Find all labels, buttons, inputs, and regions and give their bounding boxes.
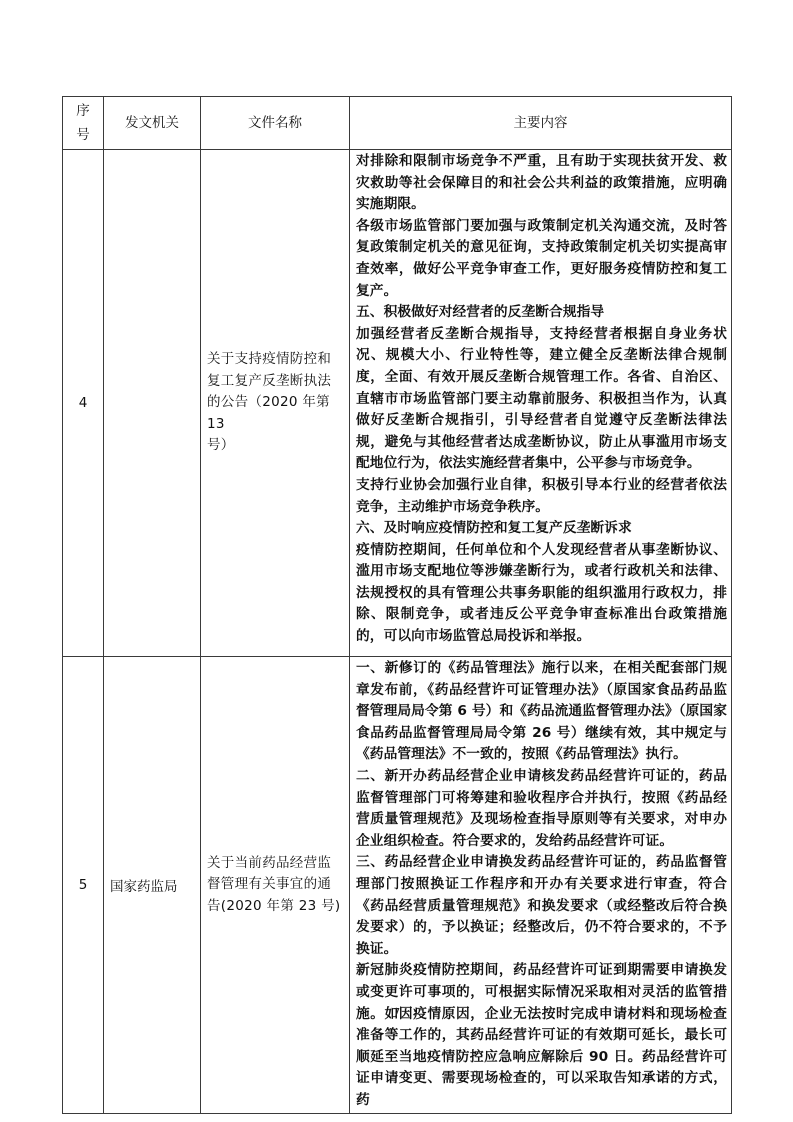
regulation-table: 序 号 发文机关 文件名称 主要内容 4 关于支持疫情防控和 复工复产反垄断执法… bbox=[62, 96, 732, 1114]
title-line: 复工复产反垄断执法 bbox=[207, 371, 345, 393]
title-line: 关于支持疫情防控和 bbox=[207, 349, 345, 371]
content-paragraph: 各级市场监管部门要加强与政策制定机关沟通交流，及时答复政策制定机关的意见征询，支… bbox=[356, 216, 727, 302]
header-document-title: 文件名称 bbox=[201, 97, 350, 150]
content-section-heading: 五、积极做好对经营者的反垄断合规指导 bbox=[356, 302, 727, 324]
content-paragraph: 支持行业协会加强行业自律，积极引导本行业的经营者依法竞争，主动维护市场竞争秩序。 bbox=[356, 475, 727, 518]
title-line: 督管理有关事宜的通 bbox=[207, 874, 345, 896]
content-paragraph: 二、新开办药品经营企业申请核发药品经营许可证的，药品监督管理部门可将筹建和验收程… bbox=[356, 766, 727, 852]
main-content: 对排除和限制市场竞争不严重，且有助于实现扶贫开发、救灾救助等社会保障目的和社会公… bbox=[350, 150, 732, 657]
issuing-authority bbox=[104, 150, 201, 657]
content-section-heading: 六、及时响应疫情防控和复工复产反垄断诉求 bbox=[356, 518, 727, 540]
row-number: 5 bbox=[63, 657, 104, 1114]
row-number: 4 bbox=[63, 150, 104, 657]
title-line: 号） bbox=[207, 435, 345, 457]
header-issuing-authority: 发文机关 bbox=[104, 97, 201, 150]
page-number: 7 bbox=[0, 1006, 793, 1020]
content-paragraph: 新冠肺炎疫情防控期间，药品经营许可证到期需要申请换发或变更许可事项的，可根据实际… bbox=[356, 960, 727, 1111]
header-main-content: 主要内容 bbox=[350, 97, 732, 150]
content-paragraph: 一、新修订的《药品管理法》施行以来，在相关配套部门规章发布前，《药品经营许可证管… bbox=[356, 658, 727, 766]
document-title: 关于支持疫情防控和 复工复产反垄断执法 的公告（2020 年第 13 号） bbox=[201, 150, 350, 657]
content-paragraph: 对排除和限制市场竞争不严重，且有助于实现扶贫开发、救灾救助等社会保障目的和社会公… bbox=[356, 151, 727, 216]
title-line: 告(2020 年第 23 号) bbox=[207, 896, 345, 918]
title-line: 关于当前药品经营监 bbox=[207, 853, 345, 875]
header-number-line2: 号 bbox=[63, 123, 103, 147]
issuing-authority: 国家药监局 bbox=[104, 657, 201, 1114]
title-line: 的公告（2020 年第 13 bbox=[207, 392, 345, 435]
table-row: 4 关于支持疫情防控和 复工复产反垄断执法 的公告（2020 年第 13 号） … bbox=[63, 150, 732, 657]
document-title: 关于当前药品经营监 督管理有关事宜的通 告(2020 年第 23 号) bbox=[201, 657, 350, 1114]
content-paragraph: 加强经营者反垄断合规指导，支持经营者根据自身业务状况、规模大小、行业特性等，建立… bbox=[356, 324, 727, 475]
header-number: 序 号 bbox=[63, 97, 104, 150]
content-paragraph: 疫情防控期间，任何单位和个人发现经营者从事垄断协议、滥用市场支配地位等涉嫌垄断行… bbox=[356, 540, 727, 648]
table-row: 5 国家药监局 关于当前药品经营监 督管理有关事宜的通 告(2020 年第 23… bbox=[63, 657, 732, 1114]
main-content: 一、新修订的《药品管理法》施行以来，在相关配套部门规章发布前，《药品经营许可证管… bbox=[350, 657, 732, 1114]
content-paragraph: 三、药品经营企业申请换发药品经营许可证的，药品监督管理部门按照换证工作程序和开办… bbox=[356, 852, 727, 960]
table-header-row: 序 号 发文机关 文件名称 主要内容 bbox=[63, 97, 732, 150]
header-number-line1: 序 bbox=[63, 99, 103, 123]
